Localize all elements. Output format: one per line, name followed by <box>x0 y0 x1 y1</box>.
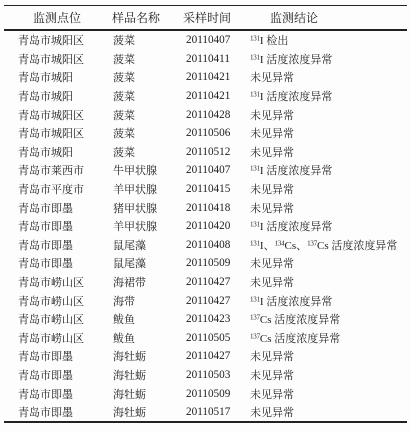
cell-conclusion: 未见异常 <box>250 254 407 273</box>
cell-sample-name: 海牡蛎 <box>109 366 183 385</box>
cell-conclusion: 未见异常 <box>250 143 407 162</box>
column-header-conclusion: 监测结论 <box>250 6 407 31</box>
cell-sampling-date: 20110505 <box>183 329 250 348</box>
cell-sample-name: 牛甲状腺 <box>109 161 183 180</box>
cell-location: 青岛市即墨 <box>4 217 109 236</box>
cell-sampling-date: 20110506 <box>183 124 250 143</box>
isotope-mass-superscript: 137 <box>307 239 317 247</box>
table-row: 青岛市城阳区菠菜20110428未见异常 <box>4 105 407 124</box>
isotope-mass-superscript: 131 <box>250 53 260 61</box>
isotope-mass-superscript: 137 <box>250 332 260 340</box>
table-row: 青岛市即墨猪甲状腺20110418未见异常 <box>4 198 407 217</box>
cell-sample-name: 海牡蛎 <box>109 403 183 423</box>
cell-conclusion: 131I 活度浓度异常 <box>250 291 407 310</box>
table-body: 青岛市城阳区菠菜20110407131I 检出青岛市城阳区菠菜201104111… <box>4 30 407 422</box>
cell-conclusion: 未见异常 <box>250 403 407 423</box>
cell-conclusion: 未见异常 <box>250 68 407 87</box>
cell-conclusion: 未见异常 <box>250 347 407 366</box>
cell-conclusion: 131I 活度浓度异常 <box>250 50 407 69</box>
cell-sample-name: 菠菜 <box>109 105 183 124</box>
monitoring-results-table-wrap: 监测点位 样品名称 采样时间 监测结论 青岛市城阳区菠菜20110407131I… <box>4 5 407 423</box>
cell-location: 青岛市城阳区 <box>4 30 109 50</box>
table-row: 青岛市城阳菠菜20110421131I 活度浓度异常 <box>4 87 407 106</box>
cell-sampling-date: 20110427 <box>183 291 250 310</box>
cell-conclusion: 未见异常 <box>250 273 407 292</box>
cell-sample-name: 菠菜 <box>109 124 183 143</box>
isotope-mass-superscript: 134 <box>275 239 285 247</box>
isotope-mass-superscript: 131 <box>250 239 260 247</box>
cell-conclusion: 未见异常 <box>250 384 407 403</box>
column-header-location: 监测点位 <box>4 6 109 31</box>
cell-conclusion: 未见异常 <box>250 105 407 124</box>
cell-conclusion: 未见异常 <box>250 180 407 199</box>
cell-sample-name: 鼠尾藻 <box>109 254 183 273</box>
cell-sample-name: 鲅鱼 <box>109 329 183 348</box>
table-row: 青岛市即墨鼠尾藻20110408131I、134Cs、137Cs 活度浓度异常 <box>4 236 407 255</box>
table-row: 青岛市即墨羊甲状腺20110420131I 活度浓度异常 <box>4 217 407 236</box>
cell-sampling-date: 20110407 <box>183 30 250 50</box>
cell-location: 青岛市即墨 <box>4 198 109 217</box>
cell-conclusion: 137Cs 活度浓度异常 <box>250 329 407 348</box>
cell-sampling-date: 20110415 <box>183 180 250 199</box>
cell-sample-name: 菠菜 <box>109 50 183 69</box>
isotope-mass-superscript: 131 <box>250 221 260 229</box>
cell-sampling-date: 20110427 <box>183 273 250 292</box>
cell-sampling-date: 20110411 <box>183 50 250 69</box>
table-row: 青岛市城阳菠菜20110512未见异常 <box>4 143 407 162</box>
table-row: 青岛市城阳菠菜20110421未见异常 <box>4 68 407 87</box>
cell-sample-name: 羊甲状腺 <box>109 180 183 199</box>
table-row: 青岛市崂山区海带20110427131I 活度浓度异常 <box>4 291 407 310</box>
table-row: 青岛市即墨海牡蛎20110509未见异常 <box>4 384 407 403</box>
cell-location: 青岛市崂山区 <box>4 310 109 329</box>
cell-location: 青岛市崂山区 <box>4 273 109 292</box>
cell-sampling-date: 20110420 <box>183 217 250 236</box>
cell-sample-name: 鼠尾藻 <box>109 236 183 255</box>
cell-sample-name: 菠菜 <box>109 30 183 50</box>
table-row: 青岛市即墨鼠尾藻20110509未见异常 <box>4 254 407 273</box>
column-header-sampling-date: 采样时间 <box>183 6 250 31</box>
cell-conclusion: 131I 活度浓度异常 <box>250 87 407 106</box>
column-header-sample-name: 样品名称 <box>109 6 183 31</box>
cell-sampling-date: 20110509 <box>183 384 250 403</box>
cell-location: 青岛市崂山区 <box>4 291 109 310</box>
cell-sample-name: 海牡蛎 <box>109 347 183 366</box>
cell-location: 青岛市城阳 <box>4 68 109 87</box>
table-row: 青岛市崂山区鲅鱼20110505137Cs 活度浓度异常 <box>4 329 407 348</box>
cell-location: 青岛市平度市 <box>4 180 109 199</box>
cell-location: 青岛市即墨 <box>4 403 109 423</box>
table-row: 青岛市即墨海牡蛎20110503未见异常 <box>4 366 407 385</box>
cell-sample-name: 海牡蛎 <box>109 384 183 403</box>
cell-sampling-date: 20110427 <box>183 347 250 366</box>
cell-sampling-date: 20110509 <box>183 254 250 273</box>
cell-sample-name: 菠菜 <box>109 143 183 162</box>
cell-sampling-date: 20110503 <box>183 366 250 385</box>
cell-sampling-date: 20110423 <box>183 310 250 329</box>
cell-sample-name: 菠菜 <box>109 87 183 106</box>
cell-conclusion: 131I 活度浓度异常 <box>250 161 407 180</box>
cell-sampling-date: 20110428 <box>183 105 250 124</box>
cell-location: 青岛市城阳区 <box>4 105 109 124</box>
cell-sampling-date: 20110408 <box>183 236 250 255</box>
cell-location: 青岛市崂山区 <box>4 329 109 348</box>
cell-sample-name: 羊甲状腺 <box>109 217 183 236</box>
monitoring-results-table: 监测点位 样品名称 采样时间 监测结论 青岛市城阳区菠菜20110407131I… <box>4 5 407 423</box>
table-header-row: 监测点位 样品名称 采样时间 监测结论 <box>4 6 407 31</box>
cell-location: 青岛市即墨 <box>4 384 109 403</box>
cell-sampling-date: 20110512 <box>183 143 250 162</box>
cell-conclusion: 131I 检出 <box>250 30 407 50</box>
table-row: 青岛市崂山区鲅鱼20110423137Cs 活度浓度异常 <box>4 310 407 329</box>
cell-conclusion: 未见异常 <box>250 366 407 385</box>
cell-location: 青岛市即墨 <box>4 347 109 366</box>
cell-sampling-date: 20110421 <box>183 87 250 106</box>
table-row: 青岛市城阳区菠菜20110407131I 检出 <box>4 30 407 50</box>
table-row: 青岛市莱西市牛甲状腺20110407131I 活度浓度异常 <box>4 161 407 180</box>
table-row: 青岛市平度市羊甲状腺20110415未见异常 <box>4 180 407 199</box>
isotope-mass-superscript: 131 <box>250 165 260 173</box>
table-row: 青岛市即墨海牡蛎20110517未见异常 <box>4 403 407 423</box>
cell-sample-name: 海裙带 <box>109 273 183 292</box>
cell-conclusion: 未见异常 <box>250 124 407 143</box>
cell-conclusion: 137Cs 活度浓度异常 <box>250 310 407 329</box>
isotope-mass-superscript: 137 <box>250 314 260 322</box>
cell-location: 青岛市城阳区 <box>4 50 109 69</box>
cell-sampling-date: 20110407 <box>183 161 250 180</box>
cell-location: 青岛市莱西市 <box>4 161 109 180</box>
isotope-mass-superscript: 131 <box>250 35 260 43</box>
cell-location: 青岛市即墨 <box>4 366 109 385</box>
cell-sampling-date: 20110517 <box>183 403 250 423</box>
table-row: 青岛市崂山区海裙带20110427未见异常 <box>4 273 407 292</box>
cell-conclusion: 未见异常 <box>250 198 407 217</box>
cell-location: 青岛市即墨 <box>4 254 109 273</box>
cell-sample-name: 海带 <box>109 291 183 310</box>
cell-sampling-date: 20110421 <box>183 68 250 87</box>
cell-location: 青岛市城阳 <box>4 143 109 162</box>
cell-conclusion: 131I 活度浓度异常 <box>250 217 407 236</box>
cell-sample-name: 菠菜 <box>109 68 183 87</box>
cell-sample-name: 猪甲状腺 <box>109 198 183 217</box>
table-row: 青岛市城阳区菠菜20110506未见异常 <box>4 124 407 143</box>
isotope-mass-superscript: 131 <box>250 91 260 99</box>
cell-sampling-date: 20110418 <box>183 198 250 217</box>
isotope-mass-superscript: 131 <box>250 295 260 303</box>
cell-location: 青岛市城阳区 <box>4 124 109 143</box>
cell-location: 青岛市城阳 <box>4 87 109 106</box>
table-row: 青岛市城阳区菠菜20110411131I 活度浓度异常 <box>4 50 407 69</box>
table-row: 青岛市即墨海牡蛎20110427未见异常 <box>4 347 407 366</box>
cell-conclusion: 131I、134Cs、137Cs 活度浓度异常 <box>250 236 407 255</box>
cell-location: 青岛市即墨 <box>4 236 109 255</box>
cell-sample-name: 鲅鱼 <box>109 310 183 329</box>
